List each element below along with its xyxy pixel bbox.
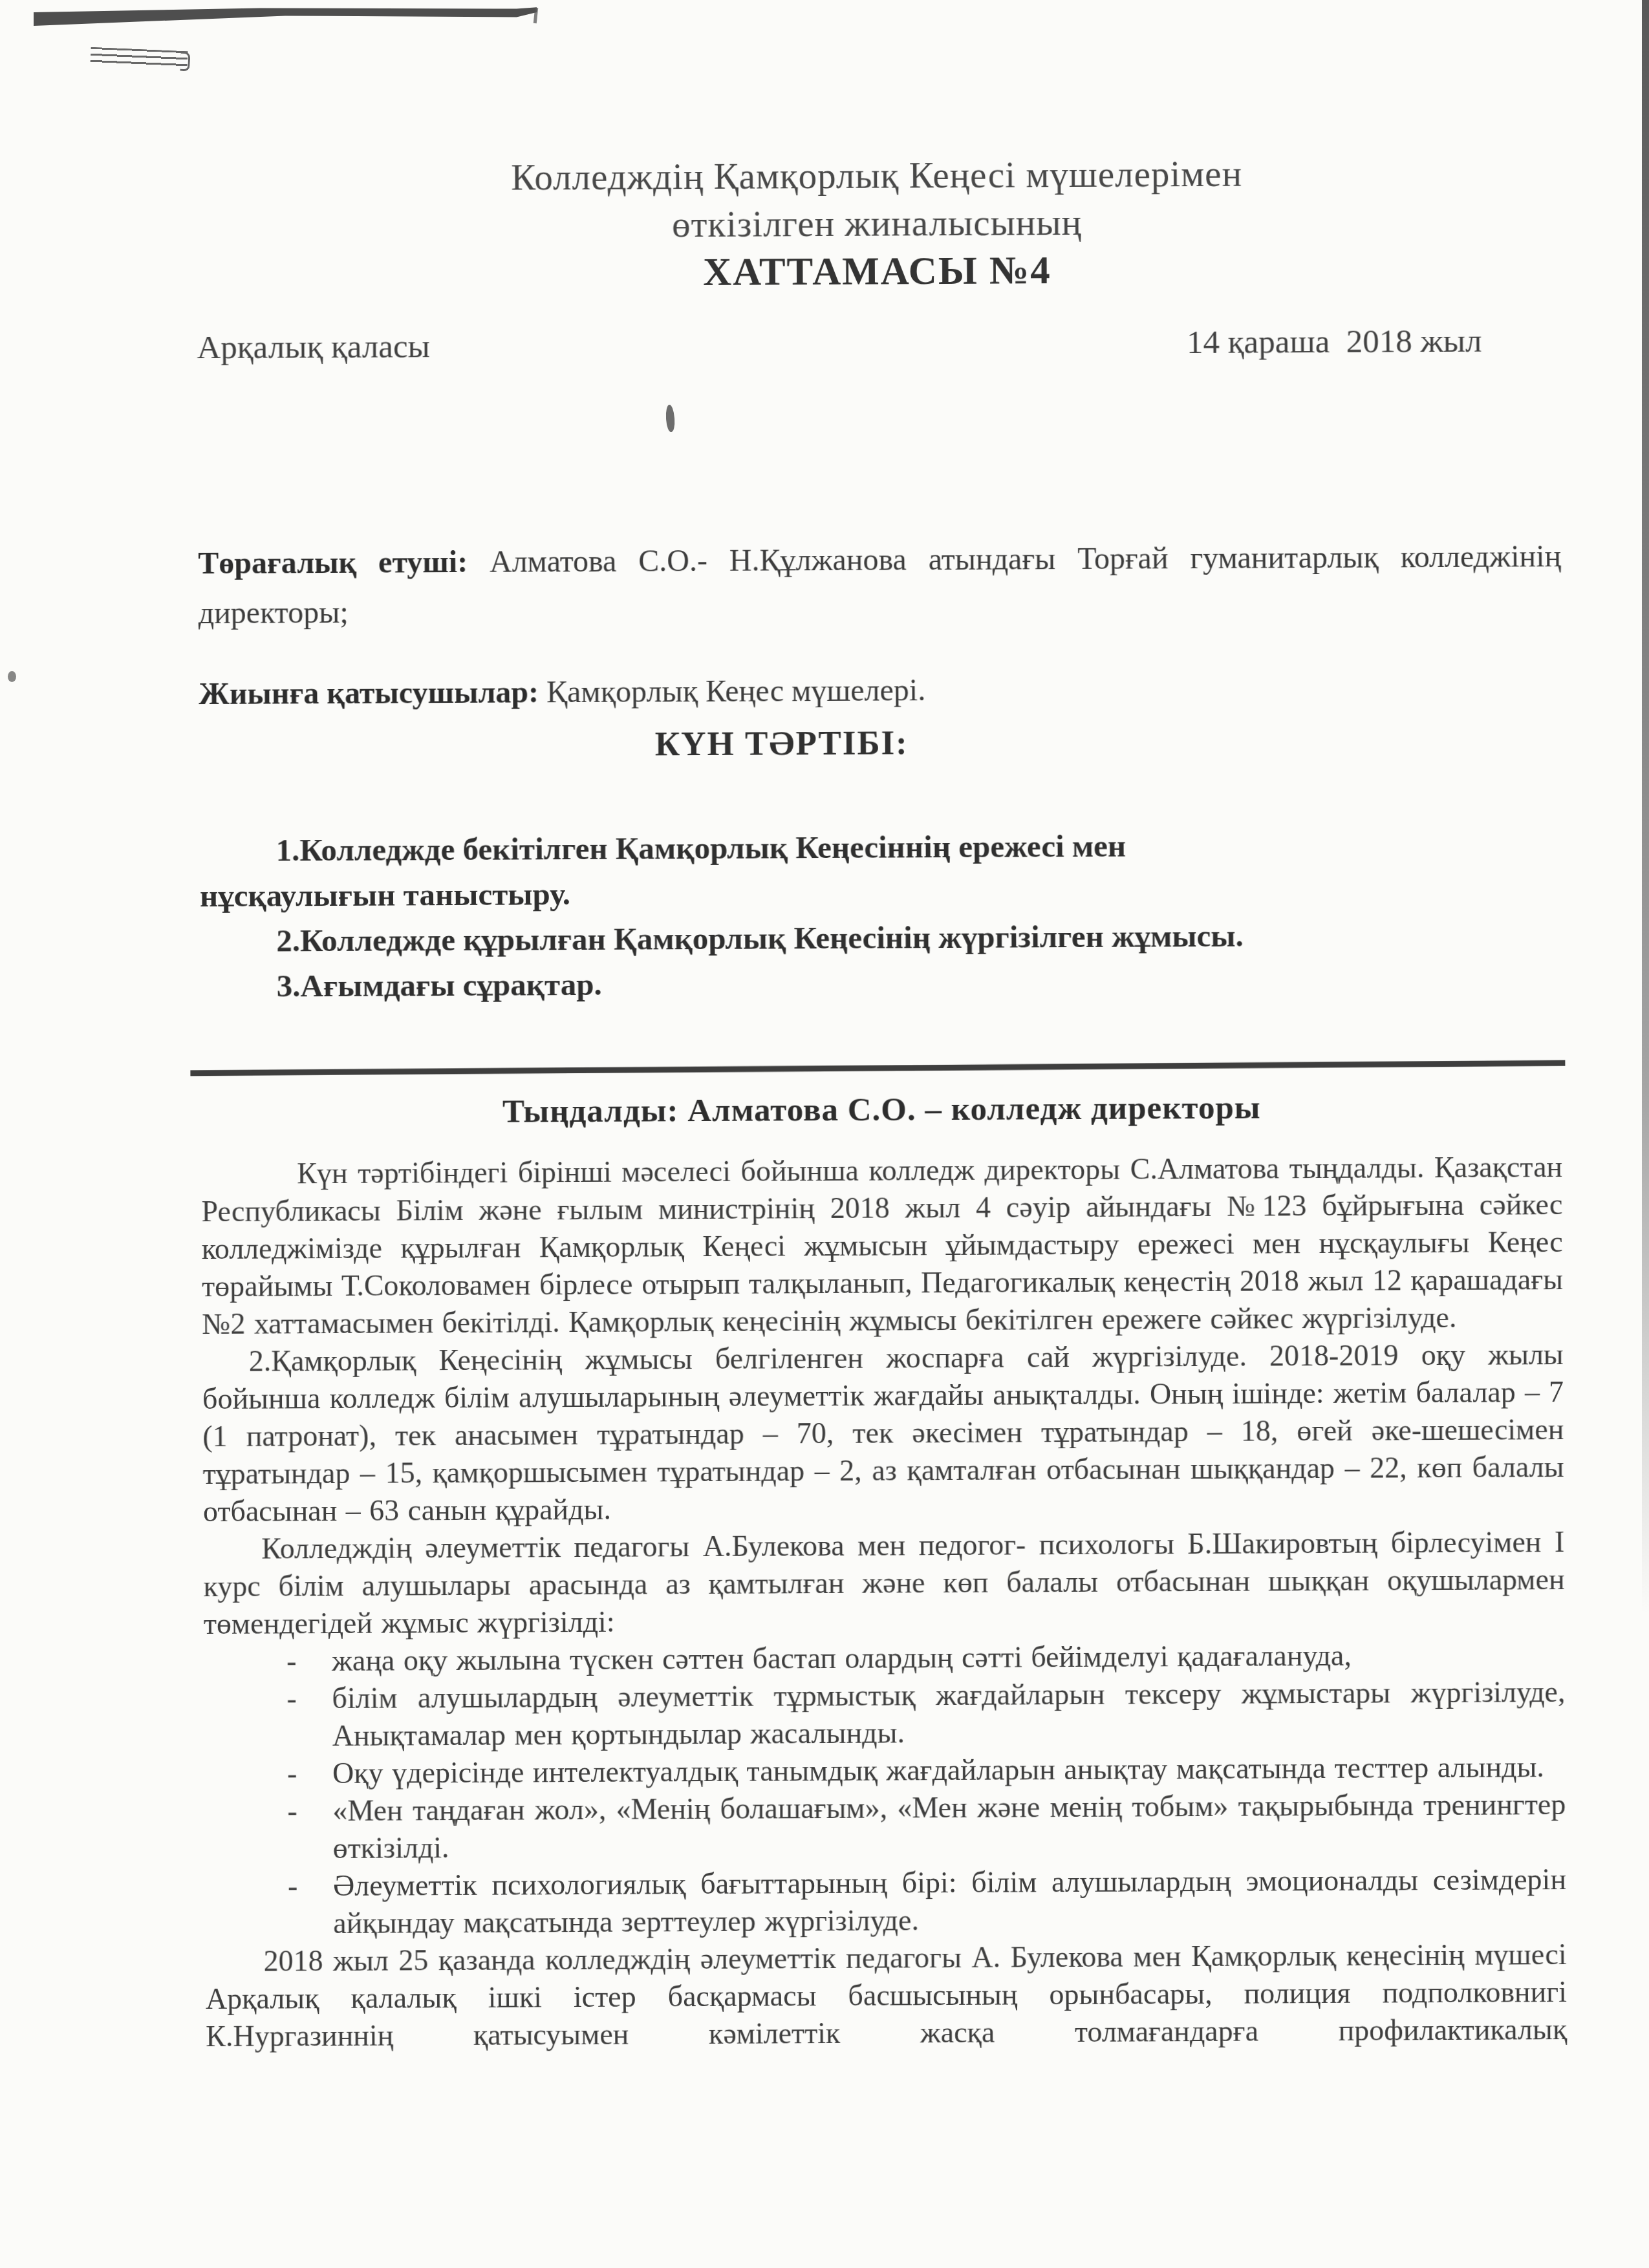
agenda-item: 1.Колледжде бекітілген Қамқорлық Кеңесін… [199,821,1561,919]
list-item: - білім алушылардың әлеуметтік тұрмыстық… [281,1673,1566,1755]
agenda-item: 2.Колледжде құрылған Қамқорлық Кеңесінің… [200,912,1561,964]
list-item: - Оқу үдерісінде интелектуалдық танымдық… [282,1748,1566,1792]
list-item-text: Оқу үдерісінде интелектуалдық танымдық ж… [332,1748,1566,1792]
chair-section: Төрағалық етуші: Алматова С.О.- Н.Құлжан… [198,500,1562,750]
list-item: - «Мен таңдаған жол», «Менің болашағым»,… [282,1786,1566,1867]
body-paragraph: Колледждің әлеуметтік педагогы А.Булеков… [203,1523,1565,1643]
chair-label: Төрағалық етуші: [198,545,468,581]
dash-marker: - [282,1792,333,1867]
title-line-2: өткізілген жиналысының [196,197,1557,251]
section-divider [190,1060,1565,1076]
participants-value: Қамқорлық Кеңес мүшелері. [539,673,925,709]
document-content: Колледждің Қамқорлық Кеңесі мүшелерімен … [0,0,1649,2268]
title-line-3: ХАТТАМАСЫ №4 [197,244,1558,299]
document-body: Күн тәртібіндегі бірінші мәселесі бойынш… [201,1148,1567,2055]
scanned-document-page: Колледждің Қамқорлық Кеңесі мүшелерімен … [0,0,1649,2268]
dash-marker: - [281,1642,332,1680]
list-item: - Әлеуметтік психологиялық бағыттарының … [283,1861,1567,1942]
agenda-list: 1.Колледжде бекітілген Қамқорлық Кеңесін… [199,821,1561,1009]
list-item: - жаңа оқу жылына түскен сәттен бастап о… [281,1636,1565,1680]
list-item-text: Әлеуметтік психологиялық бағыттарының бі… [333,1861,1567,1942]
meta-row: Арқалық қаласы 14 қараша 2018 жыл [197,322,1558,367]
city-label: Арқалық қаласы [197,328,430,367]
list-item-text: «Мен таңдаған жол», «Менің болашағым», «… [332,1786,1566,1867]
date-label: 14 қараша 2018 жыл [1187,323,1482,361]
body-paragraph: Күн тәртібіндегі бірінші мәселесі бойынш… [201,1148,1563,1343]
dash-marker: - [282,1755,332,1792]
participants-line: Жиынға қатысушылар: Қамқорлық Кеңес мүше… [199,662,1562,719]
section-heading: Тыңдалды: Алматова С.О. – колледж директ… [201,1087,1562,1132]
participants-label: Жиынға қатысушылар: [199,675,539,711]
title-line-1: Колледждің Қамқорлық Кеңесі мүшелерімен [196,149,1557,204]
body-paragraph: 2018 жыл 25 қазанда колледждің әлеуметті… [205,1936,1567,2055]
dash-marker: - [281,1680,332,1755]
bullet-list: - жаңа оқу жылына түскен сәттен бастап о… [281,1636,1566,1942]
agenda-item: 3.Ағымдағы сұрақтар. [200,957,1562,1009]
body-paragraph: 2.Қамқорлық Кеңесінің жұмысы белгіленген… [202,1336,1564,1530]
dash-marker: - [283,1867,334,1942]
document-title: Колледждің Қамқорлық Кеңесі мүшелерімен … [196,149,1558,299]
agenda-heading: КҮН ТӘРТІБІ: [199,720,1560,766]
list-item-text: жаңа оқу жылына түскен сәттен бастап ола… [332,1636,1565,1680]
chair-line: Төрағалық етуші: Алматова С.О.- Н.Құлжан… [198,531,1562,638]
list-item-text: білім алушылардың әлеуметтік тұрмыстық ж… [332,1673,1566,1755]
